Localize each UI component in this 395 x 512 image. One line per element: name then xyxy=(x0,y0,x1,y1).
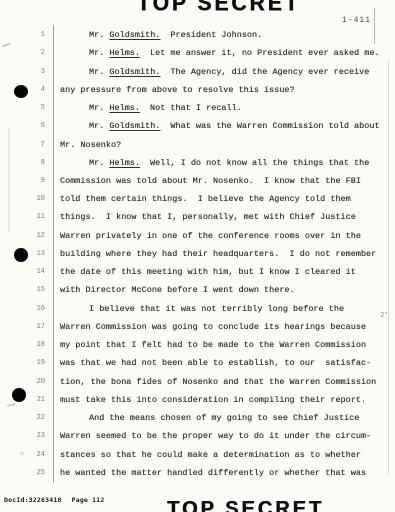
line-text: Warren privately in one of the conferenc… xyxy=(60,231,361,241)
transcript-line: 9Commission was told about Mr. Nosenko. … xyxy=(0,172,395,190)
transcript-line: 10told them certain things. I believe th… xyxy=(0,190,395,208)
margin-annotation: 2" xyxy=(380,311,388,319)
line-number: 12 xyxy=(0,232,48,240)
line-body: Warren seemed to be the proper way to do… xyxy=(60,431,371,441)
transcript-line: 22And the means chosen of my going to se… xyxy=(0,409,395,427)
transcript-line: 17Warren Commission was going to conclud… xyxy=(0,318,395,336)
line-body: Let me answer it, no President ever aske… xyxy=(150,48,380,58)
line-text: Mr. Goldsmith.What was the Warren Commis… xyxy=(60,121,380,131)
line-body: Mr. Nosenko? xyxy=(60,140,121,150)
speaker-name: Goldsmith. xyxy=(109,30,160,40)
top-secret-stamp-bottom: TOP SECRET xyxy=(167,498,324,512)
line-number: 15 xyxy=(0,286,48,294)
line-number: 18 xyxy=(0,341,48,349)
transcript-line: 16I believe that it was not terribly lon… xyxy=(0,300,395,318)
line-body: Warren privately in one of the conferenc… xyxy=(60,231,361,241)
transcript-line: 19was that we had not been able to estab… xyxy=(0,354,395,372)
line-text: tion, the bona fides of Nosenko and that… xyxy=(60,377,376,387)
line-number: 11 xyxy=(0,213,48,221)
line-text: Mr. Helms.Well, I do not know all the th… xyxy=(60,158,369,168)
line-number: 20 xyxy=(0,378,48,386)
line-body: things. I know that I, personally, met w… xyxy=(60,212,356,222)
transcript-line: 20tion, the bona fides of Nosenko and th… xyxy=(0,372,395,390)
line-text: Commission was told about Mr. Nosenko. I… xyxy=(60,176,361,186)
line-number: 10 xyxy=(0,195,48,203)
line-number: 8 xyxy=(0,159,48,167)
transcript-line: 2Mr. Helms.Let me answer it, no Presiden… xyxy=(0,44,395,62)
transcript-line: 24stances so that he could make a determ… xyxy=(0,445,395,463)
transcript-line: 1Mr. Goldsmith.President Johnson. xyxy=(0,26,395,44)
transcript-line: 15with Director McCone before I went dow… xyxy=(0,281,395,299)
line-body: building where they had their headquarte… xyxy=(60,249,376,259)
line-text: Mr. Helms.Not that I recall. xyxy=(60,103,242,113)
line-number: 17 xyxy=(0,323,48,331)
line-text: he wanted the matter handled differently… xyxy=(60,468,366,478)
line-text: Warren Commission was going to conclude … xyxy=(60,322,366,332)
line-body: President Johnson. xyxy=(170,30,262,40)
line-body: tion, the bona fides of Nosenko and that… xyxy=(60,377,376,387)
line-number: 23 xyxy=(0,432,48,440)
transcript-line: 5Mr. Helms.Not that I recall. xyxy=(0,99,395,117)
transcript-line: 7Mr. Nosenko? xyxy=(0,135,395,153)
line-body: was that we had not been able to establi… xyxy=(60,358,371,368)
line-text: Mr. Goldsmith.The Agency, did the Agency… xyxy=(60,67,369,77)
line-number: 1 xyxy=(0,31,48,39)
line-text: with Director McCone before I went down … xyxy=(60,285,295,295)
speaker-name: Goldsmith. xyxy=(109,67,160,77)
line-text: I believe that it was not terribly long … xyxy=(60,304,344,314)
line-number: 19 xyxy=(0,359,48,367)
line-number: 21 xyxy=(0,396,48,404)
line-number: 16 xyxy=(0,305,48,313)
line-number: 25 xyxy=(0,469,48,477)
line-body: he wanted the matter handled differently… xyxy=(60,468,366,478)
transcript-line: 4any pressure from above to resolve this… xyxy=(0,81,395,99)
line-text: Mr. Goldsmith.President Johnson. xyxy=(60,30,262,40)
transcript-line: 21must take this into consideration in c… xyxy=(0,391,395,409)
line-number: 3 xyxy=(0,68,48,76)
line-body: my point that I felt had to be made to t… xyxy=(60,340,366,350)
speaker-title: Mr. xyxy=(89,67,109,77)
transcript-line: 12Warren privately in one of the confere… xyxy=(0,227,395,245)
speaker-title: Mr. xyxy=(89,158,109,168)
line-body: What was the Warren Commission told abou… xyxy=(170,121,379,131)
line-body: stances so that he could make a determin… xyxy=(60,450,361,460)
transcript-line: 8Mr. Helms.Well, I do not know all the t… xyxy=(0,154,395,172)
line-body: any pressure from above to resolve this … xyxy=(60,85,295,95)
speaker-title: Mr. xyxy=(89,121,109,131)
line-text: the date of this meeting with him, but I… xyxy=(60,267,356,277)
line-text: any pressure from above to resolve this … xyxy=(60,85,295,95)
line-body: Warren Commission was going to conclude … xyxy=(60,322,366,332)
line-text: building where they had their headquarte… xyxy=(60,249,376,259)
speaker-title: Mr. xyxy=(89,30,109,40)
line-number: 4 xyxy=(0,86,48,94)
line-number: 22 xyxy=(0,414,48,422)
line-text: things. I know that I, personally, met w… xyxy=(60,212,356,222)
line-body: with Director McCone before I went down … xyxy=(60,285,295,295)
line-number: 2 xyxy=(0,49,48,57)
transcript-line: 23Warren seemed to be the proper way to … xyxy=(0,427,395,445)
transcript-line: 14the date of this meeting with him, but… xyxy=(0,263,395,281)
line-text: was that we had not been able to establi… xyxy=(60,358,371,368)
line-number: 7 xyxy=(0,141,48,149)
line-text: And the means chosen of my going to see … xyxy=(60,413,359,423)
line-number: 5 xyxy=(0,104,48,112)
line-body: I believe that it was not terribly long … xyxy=(89,304,344,314)
transcript-line: 18my point that I felt had to be made to… xyxy=(0,336,395,354)
line-number: 14 xyxy=(0,268,48,276)
line-number: 6 xyxy=(0,122,48,130)
line-text: Mr. Nosenko? xyxy=(60,140,121,150)
speaker-title: Mr. xyxy=(89,103,109,113)
document-page: TOP SECRET 1-411 1Mr. Goldsmith.Presiden… xyxy=(0,0,395,512)
line-number: 24 xyxy=(0,451,48,459)
transcript-line: 25he wanted the matter handled different… xyxy=(0,464,395,482)
line-body: Not that I recall. xyxy=(150,103,242,113)
line-body: The Agency, did the Agency ever receive xyxy=(170,67,369,77)
transcript-line: 11things. I know that I, personally, met… xyxy=(0,208,395,226)
footer: DocId:32263418Page 112 xyxy=(4,496,115,504)
top-secret-stamp-top: TOP SECRET xyxy=(137,0,300,15)
line-body: told them certain things. I believe the … xyxy=(60,194,351,204)
docid-label: DocId:32263418 xyxy=(4,496,62,504)
page-label: Page 112 xyxy=(72,496,105,504)
line-number: 13 xyxy=(0,250,48,258)
line-text: must take this into consideration in com… xyxy=(60,395,366,405)
line-text: told them certain things. I believe the … xyxy=(60,194,351,204)
speaker-name: Helms. xyxy=(109,103,140,113)
page-reference: 1-411 xyxy=(342,16,371,25)
line-body: the date of this meeting with him, but I… xyxy=(60,267,356,277)
transcript-line: 13building where they had their headquar… xyxy=(0,245,395,263)
line-text: Warren seemed to be the proper way to do… xyxy=(60,431,371,441)
speaker-name: Goldsmith. xyxy=(109,121,160,131)
transcript-line: 3Mr. Goldsmith.The Agency, did the Agenc… xyxy=(0,62,395,80)
line-text: my point that I felt had to be made to t… xyxy=(60,340,366,350)
transcript: 1Mr. Goldsmith.President Johnson.2Mr. He… xyxy=(0,26,395,482)
line-body: And the means chosen of my going to see … xyxy=(89,413,359,423)
speaker-name: Helms. xyxy=(109,48,140,58)
line-body: must take this into consideration in com… xyxy=(60,395,366,405)
speaker-title: Mr. xyxy=(89,48,109,58)
transcript-line: 6Mr. Goldsmith.What was the Warren Commi… xyxy=(0,117,395,135)
line-text: stances so that he could make a determin… xyxy=(60,450,361,460)
line-text: Mr. Helms.Let me answer it, no President… xyxy=(60,48,380,58)
line-body: Well, I do not know all the things that … xyxy=(150,158,369,168)
line-number: 9 xyxy=(0,177,48,185)
speaker-name: Helms. xyxy=(109,158,140,168)
line-body: Commission was told about Mr. Nosenko. I… xyxy=(60,176,361,186)
